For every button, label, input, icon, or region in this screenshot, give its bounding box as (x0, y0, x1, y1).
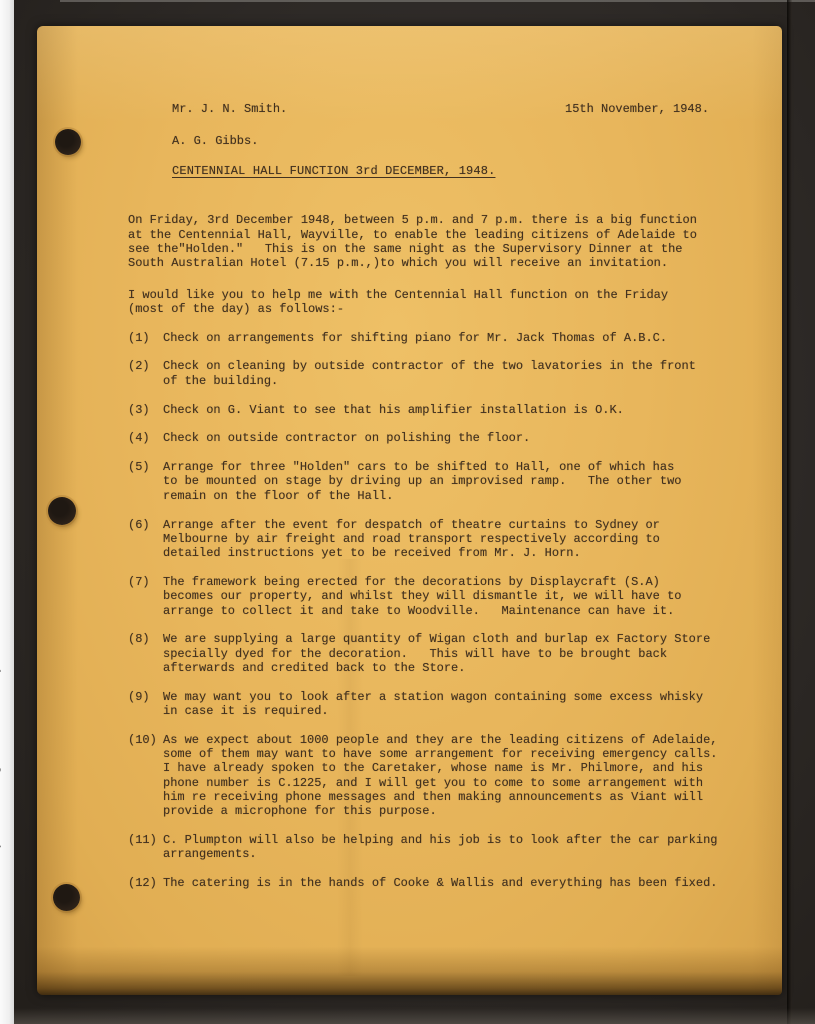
task-text: Check on outside contractor on polishing… (163, 431, 748, 445)
recipient-name: Mr. J. N. Smith. (172, 102, 287, 116)
subject-heading: CENTENNIAL HALL FUNCTION 3rd DECEMBER, 1… (172, 164, 748, 178)
archive-reference-strip: BRG 213/27/6/VOL4/79 Reproduction rights… (0, 0, 14, 1024)
intro-paragraph: On Friday, 3rd December 1948, between 5 … (128, 213, 748, 270)
task-item: (6) Arrange after the event for despatch… (128, 518, 748, 561)
letter-date: 15th November, 1948. (565, 102, 709, 116)
punch-hole-bottom (53, 884, 80, 911)
request-paragraph: I would like you to help me with the Cen… (128, 288, 748, 317)
task-number: (7) (128, 575, 163, 618)
address-row: Mr. J. N. Smith. 15th November, 1948. (172, 102, 748, 116)
task-text: C. Plumpton will also be helping and his… (163, 833, 748, 862)
task-text: The framework being erected for the deco… (163, 575, 748, 618)
task-item: (7) The framework being erected for the … (128, 575, 748, 618)
task-item: (10) As we expect about 1000 people and … (128, 733, 748, 819)
task-list: (1) Check on arrangements for shifting p… (128, 331, 748, 891)
task-text: Arrange for three "Holden" cars to be sh… (163, 460, 748, 503)
sender-name: A. G. Gibbs. (172, 134, 748, 148)
task-item: (3) Check on G. Viant to see that his am… (128, 403, 748, 417)
scanner-right-edge (787, 0, 792, 1024)
archive-reference-number: BRG 213/27/6/VOL4/79 (0, 887, 1, 1016)
letter-page: Mr. J. N. Smith. 15th November, 1948. A.… (37, 26, 782, 995)
task-number: (8) (128, 632, 163, 675)
task-item: (2) Check on cleaning by outside contrac… (128, 359, 748, 388)
task-text: Check on cleaning by outside contractor … (163, 359, 748, 388)
task-item: (9) We may want you to look after a stat… (128, 690, 748, 719)
task-item: (12) The catering is in the hands of Coo… (128, 876, 748, 890)
scanner-top-edge (60, 0, 815, 2)
scanned-document-background: BRG 213/27/6/VOL4/79 Reproduction rights… (0, 0, 815, 1024)
task-text: We may want you to look after a station … (163, 690, 748, 719)
task-number: (9) (128, 690, 163, 719)
task-number: (3) (128, 403, 163, 417)
typewritten-content: Mr. J. N. Smith. 15th November, 1948. A.… (128, 26, 748, 890)
task-number: (10) (128, 733, 163, 819)
punch-hole-middle (48, 497, 76, 525)
task-number: (1) (128, 331, 163, 345)
task-number: (11) (128, 833, 163, 862)
task-number: (4) (128, 431, 163, 445)
task-item: (5) Arrange for three "Holden" cars to b… (128, 460, 748, 503)
task-item: (11) C. Plumpton will also be helping an… (128, 833, 748, 862)
task-item: (1) Check on arrangements for shifting p… (128, 331, 748, 345)
task-text: Check on G. Viant to see that his amplif… (163, 403, 748, 417)
punch-hole-top (55, 129, 81, 155)
task-item: (8) We are supplying a large quantity of… (128, 632, 748, 675)
reproduction-rights-notice: Reproduction rights: State Library of So… (0, 558, 1, 863)
task-item: (4) Check on outside contractor on polis… (128, 431, 748, 445)
task-number: (5) (128, 460, 163, 503)
task-number: (6) (128, 518, 163, 561)
archive-strip-text: BRG 213/27/6/VOL4/79 Reproduction rights… (0, 558, 1, 1016)
scanner-bottom-edge (14, 1008, 815, 1024)
task-text: We are supplying a large quantity of Wig… (163, 632, 748, 675)
task-number: (2) (128, 359, 163, 388)
task-text: Check on arrangements for shifting piano… (163, 331, 748, 345)
task-number: (12) (128, 876, 163, 890)
task-text: The catering is in the hands of Cooke & … (163, 876, 748, 890)
task-text: Arrange after the event for despatch of … (163, 518, 748, 561)
task-text: As we expect about 1000 people and they … (163, 733, 748, 819)
